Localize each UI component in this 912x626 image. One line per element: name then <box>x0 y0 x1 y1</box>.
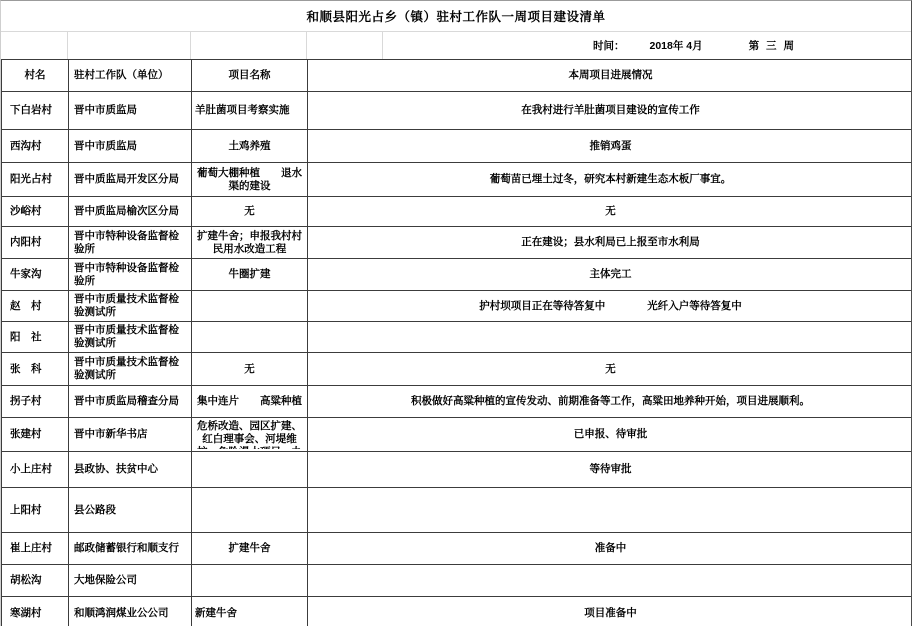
table-row: 下白岩村 晋中市质监局 羊肚菌项目考察实施 在我村进行羊肚菌项目建设的宣传工作 <box>2 92 912 130</box>
cell-village: 拐子村 <box>2 386 69 418</box>
table-row: 牛家沟 晋中市特种设备监督检验所 牛圈扩建 主体完工 <box>2 259 912 291</box>
cell-village: 小上庄村 <box>2 452 69 488</box>
cell-progress: 已申报、待审批 <box>308 418 912 452</box>
cell-unit: 晋中市特种设备监督检验所 <box>69 259 192 291</box>
cell-unit: 晋中质监局榆次区分局 <box>69 197 192 227</box>
cell-project: 葡萄大棚种植 退水渠的建设 <box>192 163 308 197</box>
header-progress: 本周项目进展情况 <box>308 60 912 92</box>
cell-progress: 积极做好高粱种植的宣传发动、前期准备等工作，高粱田地养种开始，项目进展顺利。 <box>308 386 912 418</box>
table-row: 拐子村 晋中市质监局稽查分局 集中连片 高粱种植 积极做好高粱种植的宣传发动、前… <box>2 386 912 418</box>
cell-village: 沙峪村 <box>2 197 69 227</box>
table-row: 寒湖村 和顺鸿润煤业公公司 新建牛舍 项目准备中 <box>2 597 912 626</box>
cell-village: 上阳村 <box>2 488 69 533</box>
cell-progress: 护村坝项目正在等待答复中 光纤入户等待答复中 <box>308 291 912 322</box>
time-row: 时间： 2018年 4月 第 三 周 <box>1 32 911 59</box>
cell-project <box>192 565 308 597</box>
cell-unit: 邮政储蓄银行和顺支行 <box>69 533 192 565</box>
table-row: 阳光占村 晋中质监局开发区分局 葡萄大棚种植 退水渠的建设 葡萄苗已埋土过冬，研… <box>2 163 912 197</box>
cell-unit: 县公路段 <box>69 488 192 533</box>
time-row-empty-cell <box>68 32 191 59</box>
cell-project: 扩建牛舍 <box>192 533 308 565</box>
table-row: 胡松沟 大地保险公司 <box>2 565 912 597</box>
cell-unit: 晋中质监局开发区分局 <box>69 163 192 197</box>
time-row-empty-cell <box>307 32 383 59</box>
time-value: 2018年 4月 <box>650 38 703 53</box>
cell-village: 崔上庄村 <box>2 533 69 565</box>
cell-project <box>192 452 308 488</box>
cell-progress: 推销鸡蛋 <box>308 130 912 163</box>
cell-unit: 晋中市特种设备监督检验所 <box>69 227 192 259</box>
clipped-project-text: 危桥改造、园区扩建、红白理事会、河堤维护、危险漫水项目 办公 <box>195 420 304 449</box>
project-table: 村名 驻村工作队（单位） 项目名称 本周项目进展情况 下白岩村 晋中市质监局 羊… <box>1 59 912 626</box>
table-row: 上阳村 县公路段 <box>2 488 912 533</box>
cell-progress <box>308 565 912 597</box>
cell-village: 胡松沟 <box>2 565 69 597</box>
cell-unit: 晋中市新华书店 <box>69 418 192 452</box>
header-row: 村名 驻村工作队（单位） 项目名称 本周项目进展情况 <box>2 60 912 92</box>
table-row: 沙峪村 晋中质监局榆次区分局 无 无 <box>2 197 912 227</box>
cell-project: 危桥改造、园区扩建、红白理事会、河堤维护、危险漫水项目 办公 <box>192 418 308 452</box>
time-label: 时间： <box>593 38 625 53</box>
time-row-empty-cell <box>1 32 68 59</box>
cell-project: 土鸡养殖 <box>192 130 308 163</box>
cell-progress: 准备中 <box>308 533 912 565</box>
cell-progress: 等待审批 <box>308 452 912 488</box>
cell-progress: 主体完工 <box>308 259 912 291</box>
table-row: 赵 村 晋中市质量技术监督检验测试所 护村坝项目正在等待答复中 光纤入户等待答复… <box>2 291 912 322</box>
cell-unit: 晋中市质量技术监督检验测试所 <box>69 322 192 353</box>
cell-project: 新建牛舍 <box>192 597 308 626</box>
time-cell: 时间： 2018年 4月 第 三 周 <box>383 32 911 59</box>
cell-project: 扩建牛舍；申报我村村民用水改造工程 <box>192 227 308 259</box>
cell-village: 张 科 <box>2 353 69 386</box>
table-row: 内阳村 晋中市特种设备监督检验所 扩建牛舍；申报我村村民用水改造工程 正在建设；… <box>2 227 912 259</box>
cell-unit: 晋中市质监局 <box>69 92 192 130</box>
cell-unit: 县政协、扶贫中心 <box>69 452 192 488</box>
header-project: 项目名称 <box>192 60 308 92</box>
table-row: 小上庄村 县政协、扶贫中心 等待审批 <box>2 452 912 488</box>
cell-project: 牛圈扩建 <box>192 259 308 291</box>
cell-progress <box>308 488 912 533</box>
cell-unit: 大地保险公司 <box>69 565 192 597</box>
cell-unit: 晋中市质监局 <box>69 130 192 163</box>
cell-progress: 在我村进行羊肚菌项目建设的宣传工作 <box>308 92 912 130</box>
cell-village: 西沟村 <box>2 130 69 163</box>
time-row-empty-cell <box>191 32 307 59</box>
cell-progress: 无 <box>308 353 912 386</box>
sheet-title: 和顺县阳光占乡（镇）驻村工作队一周项目建设清单 <box>1 1 911 32</box>
table-row: 崔上庄村 邮政储蓄银行和顺支行 扩建牛舍 准备中 <box>2 533 912 565</box>
cell-village: 寒湖村 <box>2 597 69 626</box>
cell-project: 无 <box>192 197 308 227</box>
table-row: 西沟村 晋中市质监局 土鸡养殖 推销鸡蛋 <box>2 130 912 163</box>
cell-village: 阳光占村 <box>2 163 69 197</box>
cell-progress: 无 <box>308 197 912 227</box>
cell-village: 下白岩村 <box>2 92 69 130</box>
cell-unit: 晋中市质量技术监督检验测试所 <box>69 291 192 322</box>
header-village: 村名 <box>2 60 69 92</box>
table-row: 张建村 晋中市新华书店 危桥改造、园区扩建、红白理事会、河堤维护、危险漫水项目 … <box>2 418 912 452</box>
cell-project: 无 <box>192 353 308 386</box>
cell-unit: 晋中市质量技术监督检验测试所 <box>69 353 192 386</box>
weekly-project-sheet: 和顺县阳光占乡（镇）驻村工作队一周项目建设清单 时间： 2018年 4月 第 三… <box>0 0 912 626</box>
cell-village: 阳 社 <box>2 322 69 353</box>
table-row: 阳 社 晋中市质量技术监督检验测试所 <box>2 322 912 353</box>
cell-project: 集中连片 高粱种植 <box>192 386 308 418</box>
cell-village: 牛家沟 <box>2 259 69 291</box>
cell-project <box>192 488 308 533</box>
cell-village: 张建村 <box>2 418 69 452</box>
time-week: 第 三 周 <box>749 38 796 53</box>
cell-unit: 和顺鸿润煤业公公司 <box>69 597 192 626</box>
cell-progress: 项目准备中 <box>308 597 912 626</box>
cell-progress: 葡萄苗已埋土过冬，研究本村新建生态木板厂事宜。 <box>308 163 912 197</box>
cell-project <box>192 291 308 322</box>
cell-progress <box>308 322 912 353</box>
table-row: 张 科 晋中市质量技术监督检验测试所 无 无 <box>2 353 912 386</box>
cell-project <box>192 322 308 353</box>
header-unit: 驻村工作队（单位） <box>69 60 192 92</box>
cell-village: 赵 村 <box>2 291 69 322</box>
cell-progress: 正在建设；县水利局已上报至市水利局 <box>308 227 912 259</box>
cell-village: 内阳村 <box>2 227 69 259</box>
cell-project: 羊肚菌项目考察实施 <box>192 92 308 130</box>
cell-unit: 晋中市质监局稽查分局 <box>69 386 192 418</box>
